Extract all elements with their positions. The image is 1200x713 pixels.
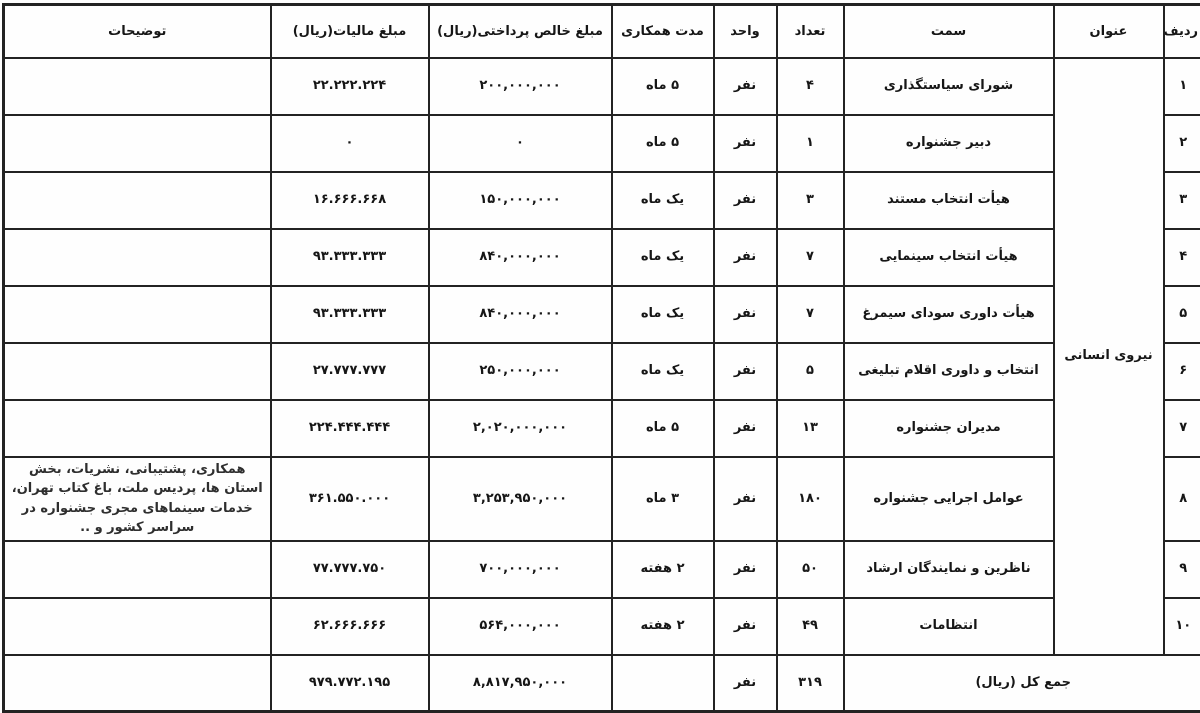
cell-tedad: ۳ xyxy=(777,172,844,229)
cell-modat: یک ماه xyxy=(612,286,714,343)
cell-radif: ۱۰ xyxy=(1164,598,1200,655)
total-maliat: ۹۷۹.۷۷۲.۱۹۵ xyxy=(271,655,429,712)
cell-maliat: ۰ xyxy=(271,115,429,172)
cell-radif: ۱ xyxy=(1164,58,1200,115)
cell-khales: ۸۴۰,۰۰۰,۰۰۰ xyxy=(429,286,612,343)
cell-vahed: نفر xyxy=(714,457,777,541)
col-header-tozihat: توضیحات xyxy=(4,5,271,58)
col-header-maliat: مبلغ مالیات(ریال) xyxy=(271,5,429,58)
cell-modat: یک ماه xyxy=(612,172,714,229)
cell-radif: ۲ xyxy=(1164,115,1200,172)
cell-khales: ۱۵۰,۰۰۰,۰۰۰ xyxy=(429,172,612,229)
cell-tedad: ۷ xyxy=(777,229,844,286)
cell-modat: ۲ هفته xyxy=(612,541,714,598)
total-khales: ۸,۸۱۷,۹۵۰,۰۰۰ xyxy=(429,655,612,712)
cell-vahed: نفر xyxy=(714,58,777,115)
cell-semat: مدیران جشنواره xyxy=(844,400,1054,457)
col-header-khales: مبلغ خالص پرداختی(ریال) xyxy=(429,5,612,58)
table-row: ۸ عوامل اجرایی جشنواره ۱۸۰ نفر ۳ ماه ۳,۲… xyxy=(4,457,1200,541)
cell-semat: ناظرین و نمایندگان ارشاد xyxy=(844,541,1054,598)
cell-maliat: ۹۳.۳۳۳.۳۳۳ xyxy=(271,286,429,343)
cell-tozihat xyxy=(4,343,271,400)
table-row: ۵ هیأت داوری سودای سیمرغ ۷ نفر یک ماه ۸۴… xyxy=(4,286,1200,343)
cell-vahed: نفر xyxy=(714,598,777,655)
total-modat xyxy=(612,655,714,712)
cell-tozihat xyxy=(4,286,271,343)
cell-semat: انتخاب و داوری اقلام تبلیغی xyxy=(844,343,1054,400)
cell-tozihat xyxy=(4,229,271,286)
cell-modat: ۵ ماه xyxy=(612,400,714,457)
cell-khales: ۲۵۰,۰۰۰,۰۰۰ xyxy=(429,343,612,400)
cell-tedad: ۵۰ xyxy=(777,541,844,598)
cell-tozihat: همکاری، پشتیبانی، نشریات، بخش استان ها، … xyxy=(4,457,271,541)
cell-radif: ۳ xyxy=(1164,172,1200,229)
cell-semat: عوامل اجرایی جشنواره xyxy=(844,457,1054,541)
cell-semat: هیأت داوری سودای سیمرغ xyxy=(844,286,1054,343)
cell-maliat: ۹۳.۳۳۳.۳۳۳ xyxy=(271,229,429,286)
cell-tozihat xyxy=(4,58,271,115)
cell-vahed: نفر xyxy=(714,172,777,229)
cell-khales: ۵۶۴,۰۰۰,۰۰۰ xyxy=(429,598,612,655)
cell-radif: ۹ xyxy=(1164,541,1200,598)
cell-tedad: ۱۸۰ xyxy=(777,457,844,541)
cell-tedad: ۵ xyxy=(777,343,844,400)
cell-modat: ۳ ماه xyxy=(612,457,714,541)
col-header-modat: مدت همکاری xyxy=(612,5,714,58)
cell-khales: ۷۰۰,۰۰۰,۰۰۰ xyxy=(429,541,612,598)
cell-maliat: ۲۷.۷۷۷.۷۷۷ xyxy=(271,343,429,400)
table-row: ۲ دبیر جشنواره ۱ نفر ۵ ماه ۰ ۰ xyxy=(4,115,1200,172)
cell-khales: ۲۰۰,۰۰۰,۰۰۰ xyxy=(429,58,612,115)
cell-radif: ۷ xyxy=(1164,400,1200,457)
cell-tedad: ۴۹ xyxy=(777,598,844,655)
table-row: ۷ مدیران جشنواره ۱۳ نفر ۵ ماه ۲,۰۲۰,۰۰۰,… xyxy=(4,400,1200,457)
cell-vahed: نفر xyxy=(714,229,777,286)
table-row: ۱۰ انتظامات ۴۹ نفر ۲ هفته ۵۶۴,۰۰۰,۰۰۰ ۶۲… xyxy=(4,598,1200,655)
cell-radif: ۶ xyxy=(1164,343,1200,400)
col-header-tedad: تعداد xyxy=(777,5,844,58)
cell-khales: ۲,۰۲۰,۰۰۰,۰۰۰ xyxy=(429,400,612,457)
cell-vahed: نفر xyxy=(714,541,777,598)
cell-vahed: نفر xyxy=(714,115,777,172)
cell-tedad: ۱ xyxy=(777,115,844,172)
cell-maliat: ۲۲.۲۲۲.۲۲۴ xyxy=(271,58,429,115)
group-title-cell: نیروی انسانی xyxy=(1054,58,1164,655)
cell-tedad: ۷ xyxy=(777,286,844,343)
cell-modat: یک ماه xyxy=(612,343,714,400)
cell-radif: ۴ xyxy=(1164,229,1200,286)
cell-maliat: ۱۶.۶۶۶.۶۶۸ xyxy=(271,172,429,229)
cell-vahed: نفر xyxy=(714,343,777,400)
cell-modat: یک ماه xyxy=(612,229,714,286)
cell-vahed: نفر xyxy=(714,286,777,343)
total-row: جمع کل (ریال) ۳۱۹ نفر ۸,۸۱۷,۹۵۰,۰۰۰ ۹۷۹.… xyxy=(4,655,1200,712)
cell-vahed: نفر xyxy=(714,400,777,457)
total-tedad: ۳۱۹ xyxy=(777,655,844,712)
cell-tozihat xyxy=(4,115,271,172)
col-header-vahed: واحد xyxy=(714,5,777,58)
total-label-cell: جمع کل (ریال) xyxy=(844,655,1200,712)
cell-semat: هیأت انتخاب سینمایی xyxy=(844,229,1054,286)
cell-maliat: ۳۶۱.۵۵۰.۰۰۰ xyxy=(271,457,429,541)
cell-tozihat xyxy=(4,172,271,229)
cell-semat: دبیر جشنواره xyxy=(844,115,1054,172)
total-vahed: نفر xyxy=(714,655,777,712)
cell-maliat: ۶۲.۶۶۶.۶۶۶ xyxy=(271,598,429,655)
cell-khales: ۳,۲۵۳,۹۵۰,۰۰۰ xyxy=(429,457,612,541)
cell-radif: ۸ xyxy=(1164,457,1200,541)
cell-tozihat xyxy=(4,400,271,457)
cell-khales: ۰ xyxy=(429,115,612,172)
cell-semat: شورای سیاستگذاری xyxy=(844,58,1054,115)
table-row: ۴ هیأت انتخاب سینمایی ۷ نفر یک ماه ۸۴۰,۰… xyxy=(4,229,1200,286)
cell-radif: ۵ xyxy=(1164,286,1200,343)
cell-tedad: ۴ xyxy=(777,58,844,115)
table-row: ۹ ناظرین و نمایندگان ارشاد ۵۰ نفر ۲ هفته… xyxy=(4,541,1200,598)
cell-tozihat xyxy=(4,541,271,598)
table-row: ۳ هیأت انتخاب مستند ۳ نفر یک ماه ۱۵۰,۰۰۰… xyxy=(4,172,1200,229)
col-header-radif: ردیف xyxy=(1164,5,1200,58)
total-tozihat xyxy=(4,655,271,712)
cell-maliat: ۲۲۴.۴۴۴.۴۴۴ xyxy=(271,400,429,457)
cell-khales: ۸۴۰,۰۰۰,۰۰۰ xyxy=(429,229,612,286)
col-header-semat: سمت xyxy=(844,5,1054,58)
personnel-cost-table: ردیف عنوان سمت تعداد واحد مدت همکاری مبل… xyxy=(2,3,1200,713)
table-row: ۱ نیروی انسانی شورای سیاستگذاری ۴ نفر ۵ … xyxy=(4,58,1200,115)
cell-modat: ۵ ماه xyxy=(612,58,714,115)
header-row: ردیف عنوان سمت تعداد واحد مدت همکاری مبل… xyxy=(4,5,1200,58)
cell-maliat: ۷۷.۷۷۷.۷۵۰ xyxy=(271,541,429,598)
cell-modat: ۲ هفته xyxy=(612,598,714,655)
cell-semat: هیأت انتخاب مستند xyxy=(844,172,1054,229)
cell-tedad: ۱۳ xyxy=(777,400,844,457)
cell-tozihat xyxy=(4,598,271,655)
cell-modat: ۵ ماه xyxy=(612,115,714,172)
table-row: ۶ انتخاب و داوری اقلام تبلیغی ۵ نفر یک م… xyxy=(4,343,1200,400)
col-header-onvan: عنوان xyxy=(1054,5,1164,58)
document-page: ردیف عنوان سمت تعداد واحد مدت همکاری مبل… xyxy=(0,0,1200,687)
cell-semat: انتظامات xyxy=(844,598,1054,655)
